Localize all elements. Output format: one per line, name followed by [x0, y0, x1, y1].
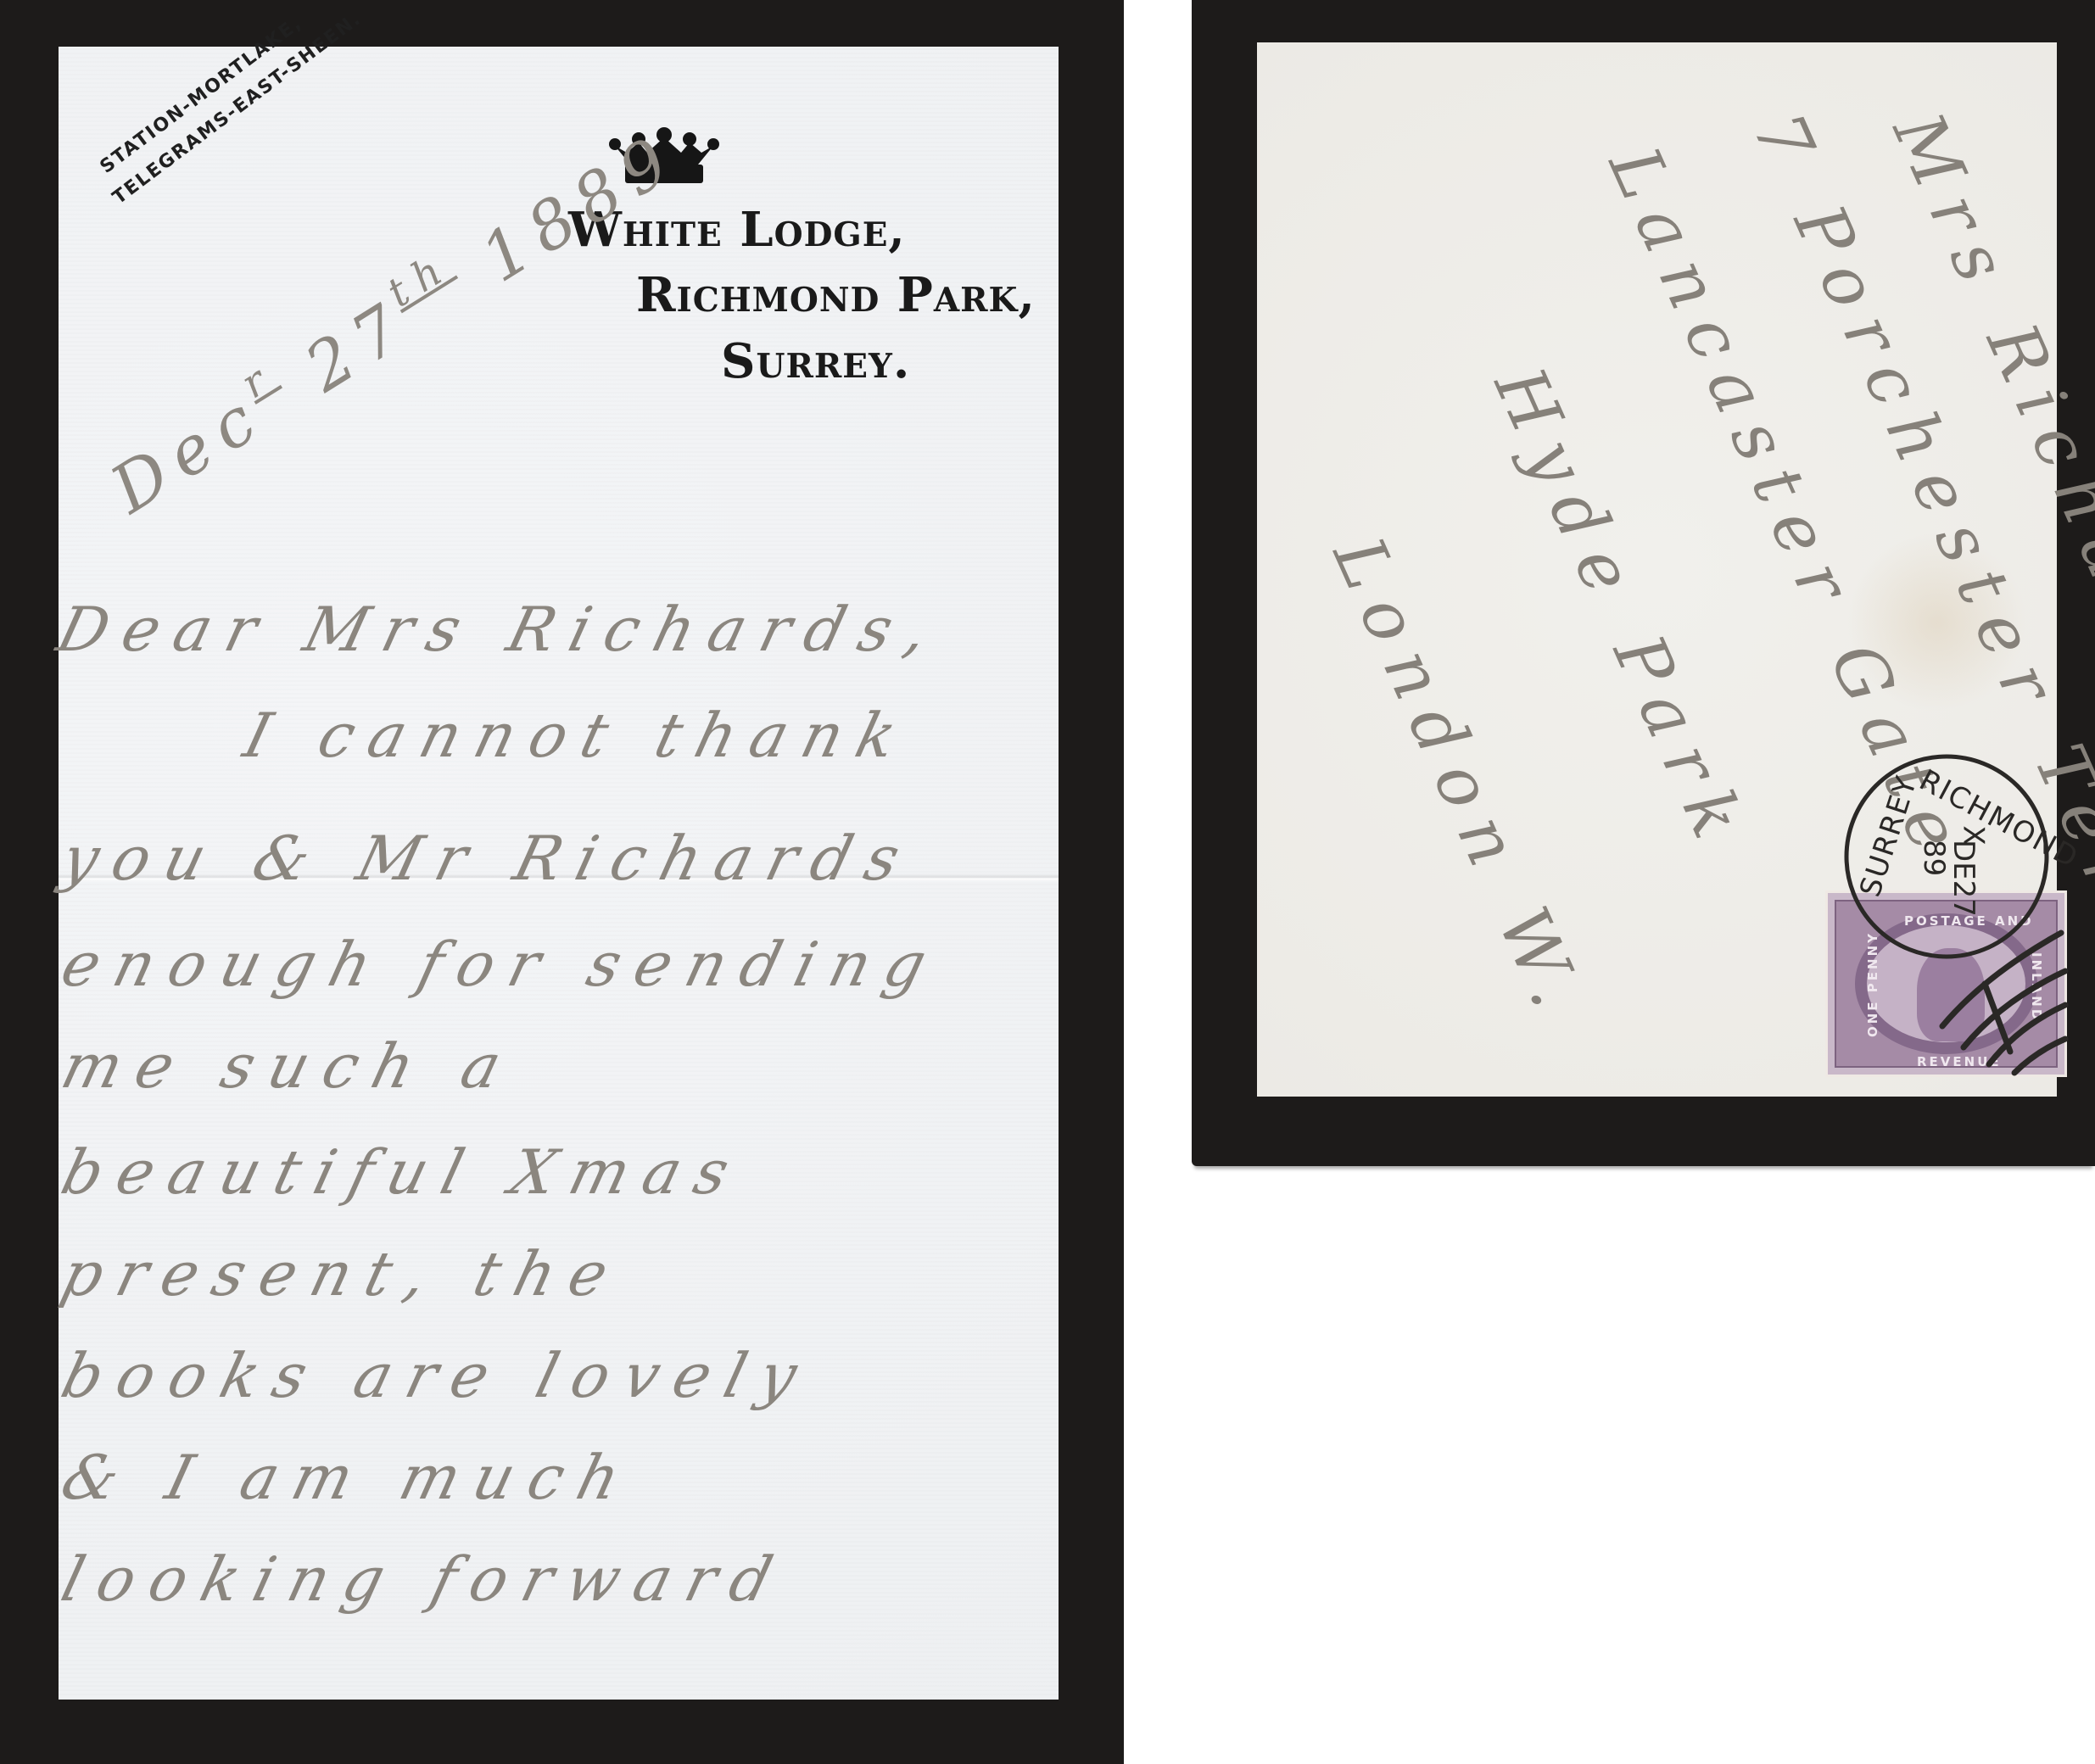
letter-line: & I am much	[55, 1442, 643, 1513]
letterhead-line-2: Richmond Park,	[636, 267, 1036, 323]
letter-line: looking forward	[55, 1543, 795, 1615]
letter-line: enough for sending	[55, 929, 949, 1000]
letterhead-line-3: Surrey.	[721, 333, 910, 389]
letter-line: books are lovely	[55, 1340, 819, 1411]
letter-line: present, the	[55, 1238, 631, 1309]
letter-line: beautiful Xmas	[55, 1136, 751, 1208]
cancellation-bars-icon	[1883, 899, 2070, 1086]
letter-line: Dear Mrs Richards,	[51, 594, 951, 665]
letter-line: I cannot thank	[237, 700, 919, 771]
letter-line: me such a	[55, 1030, 524, 1102]
postmark-year: 89	[1917, 840, 1951, 876]
letter-line: you & Mr Richards	[55, 823, 923, 894]
